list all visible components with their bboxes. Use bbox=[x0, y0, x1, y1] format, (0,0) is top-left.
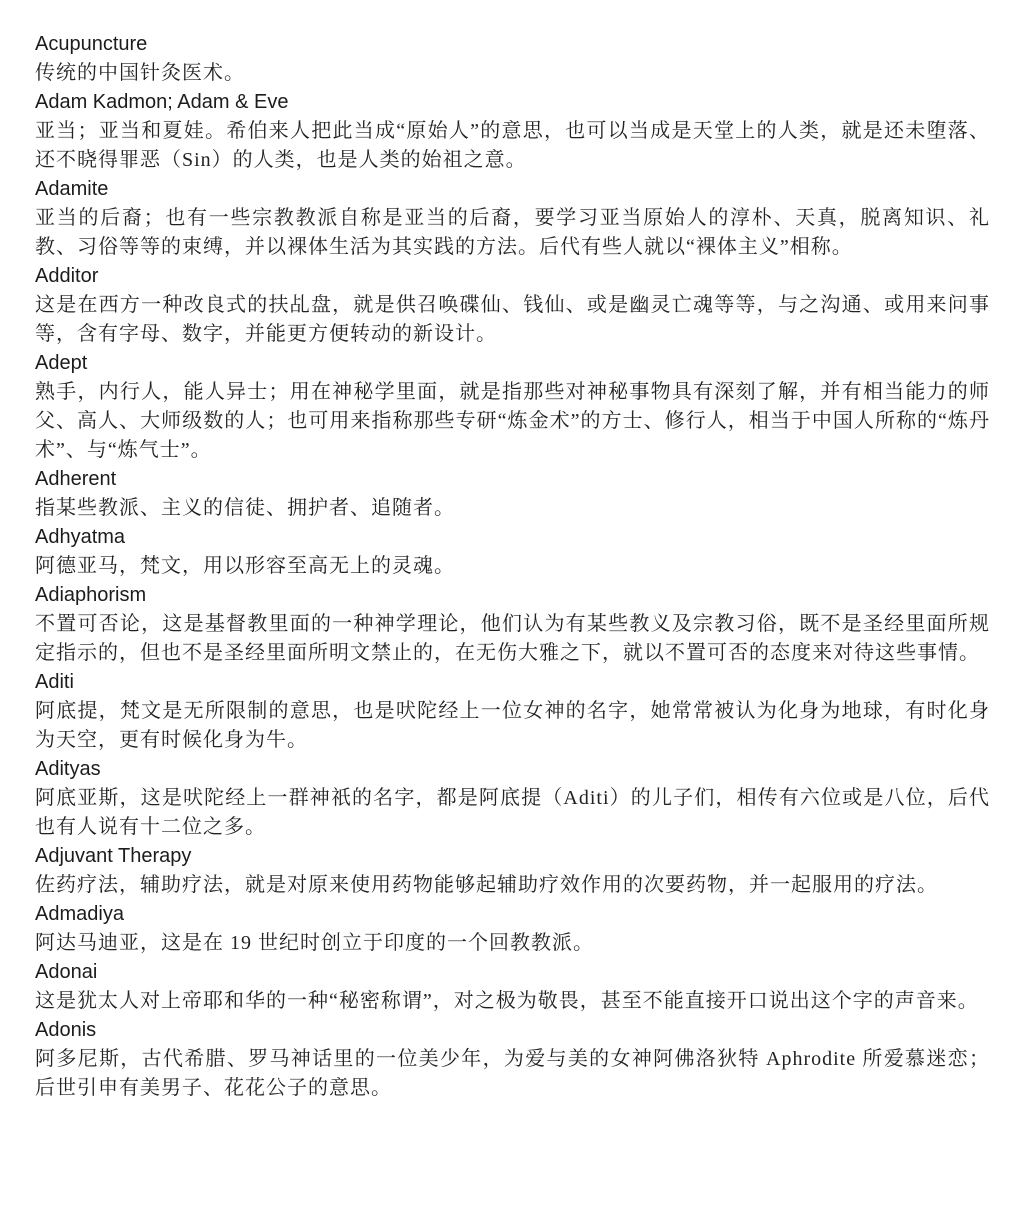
entry-definition: 阿达马迪亚，这是在 19 世纪时创立于印度的一个回教教派。 bbox=[35, 929, 990, 958]
entry-term: Adamite bbox=[35, 175, 990, 204]
entry-definition: 传统的中国针灸医术。 bbox=[35, 59, 990, 88]
entry-definition: 阿多尼斯，古代希腊、罗马神话里的一位美少年，为爱与美的女神阿佛洛狄特 Aphro… bbox=[35, 1045, 990, 1103]
entry-definition: 亚当；亚当和夏娃。希伯来人把此当成“原始人”的意思，也可以当成是天堂上的人类，就… bbox=[35, 117, 990, 175]
entry-definition: 熟手，内行人，能人异士；用在神秘学里面，就是指那些对神秘事物具有深刻了解，并有相… bbox=[35, 378, 990, 465]
entry-term: Adam Kadmon; Adam & Eve bbox=[35, 88, 990, 117]
entry-definition: 阿底亚斯，这是吠陀经上一群神祇的名字，都是阿底提（Aditi）的儿子们，相传有六… bbox=[35, 784, 990, 842]
entry-definition: 阿底提，梵文是无所限制的意思，也是吠陀经上一位女神的名字，她常常被认为化身为地球… bbox=[35, 697, 990, 755]
entry-definition: 这是在西方一种改良式的扶乩盘，就是供召唤碟仙、钱仙、或是幽灵亡魂等等，与之沟通、… bbox=[35, 291, 990, 349]
entry-term: Aditi bbox=[35, 668, 990, 697]
document-page: Acupuncture传统的中国针灸医术。Adam Kadmon; Adam &… bbox=[0, 0, 1034, 1215]
entry-term: Adhyatma bbox=[35, 523, 990, 552]
entry-definition: 佐药疗法，辅助疗法，就是对原来使用药物能够起辅助疗效作用的次要药物，并一起服用的… bbox=[35, 871, 990, 900]
entry-term: Adonis bbox=[35, 1016, 990, 1045]
entry-term: Adjuvant Therapy bbox=[35, 842, 990, 871]
entry-term: Adept bbox=[35, 349, 990, 378]
entry-definition: 不置可否论，这是基督教里面的一种神学理论，他们认为有某些教义及宗教习俗，既不是圣… bbox=[35, 610, 990, 668]
entry-definition: 指某些教派、主义的信徒、拥护者、追随者。 bbox=[35, 494, 990, 523]
entry-term: Admadiya bbox=[35, 900, 990, 929]
entry-definition: 亚当的后裔；也有一些宗教教派自称是亚当的后裔，要学习亚当原始人的淳朴、天真，脱离… bbox=[35, 204, 990, 262]
entry-definition: 阿德亚马，梵文，用以形容至高无上的灵魂。 bbox=[35, 552, 990, 581]
glossary-list: Acupuncture传统的中国针灸医术。Adam Kadmon; Adam &… bbox=[35, 30, 990, 1103]
entry-term: Adiaphorism bbox=[35, 581, 990, 610]
entry-term: Adonai bbox=[35, 958, 990, 987]
entry-term: Adityas bbox=[35, 755, 990, 784]
entry-term: Adherent bbox=[35, 465, 990, 494]
entry-term: Acupuncture bbox=[35, 30, 990, 59]
entry-term: Additor bbox=[35, 262, 990, 291]
entry-definition: 这是犹太人对上帝耶和华的一种“秘密称谓”，对之极为敬畏，甚至不能直接开口说出这个… bbox=[35, 987, 990, 1016]
